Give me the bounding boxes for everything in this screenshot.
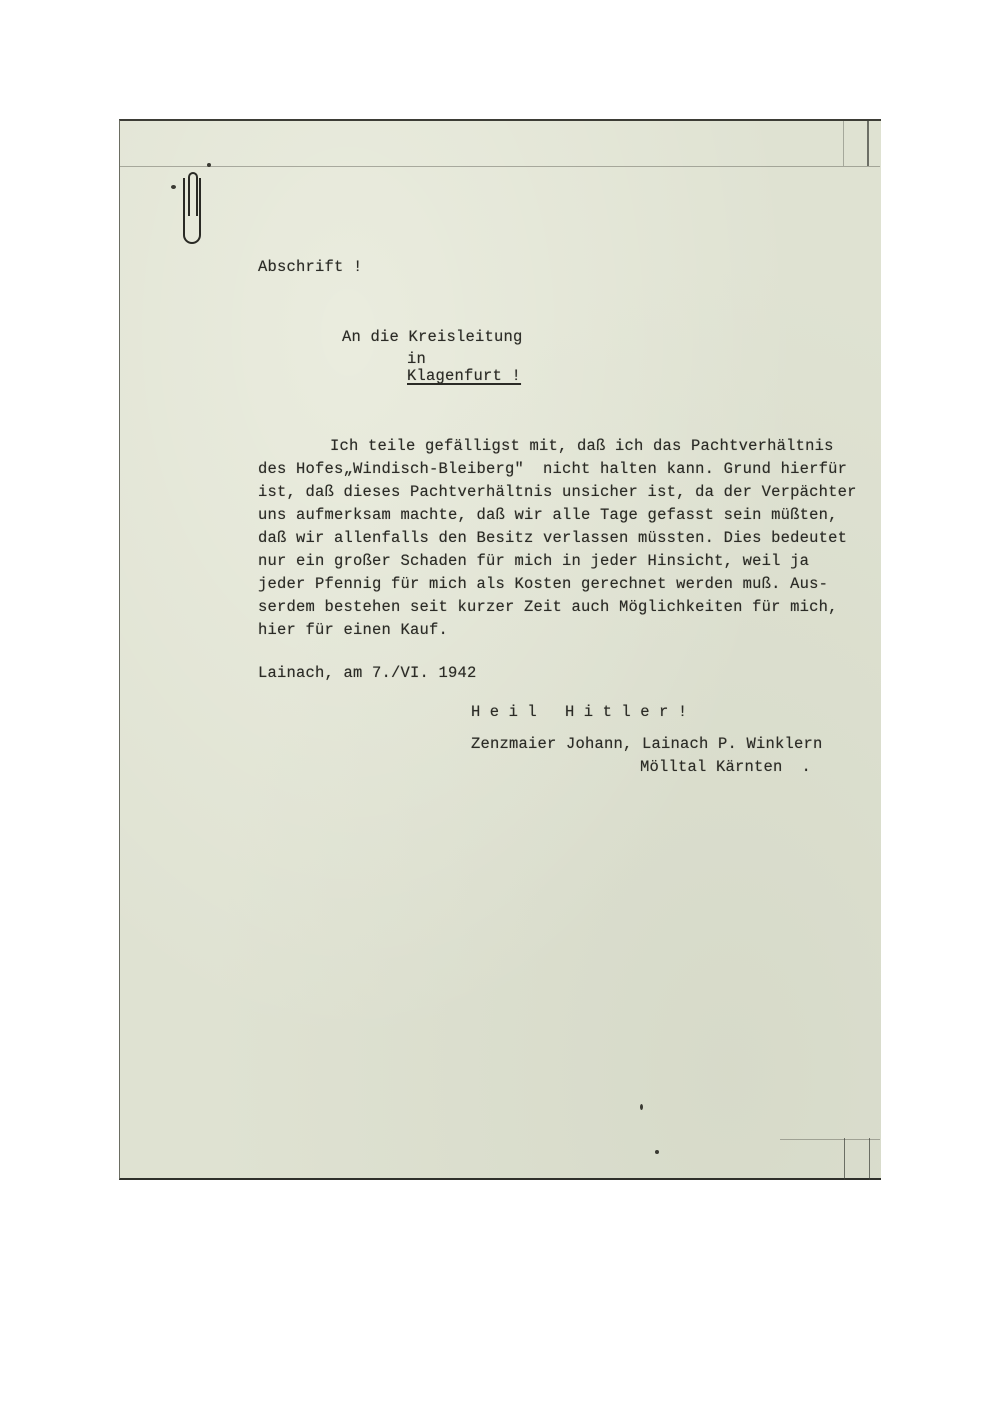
signature-line-1: Zenzmaier Johann, Lainach P. Winklern — [471, 735, 823, 753]
ink-speck — [655, 1150, 659, 1154]
ink-speck — [207, 163, 211, 167]
body-line: ist, daß dieses Pachtverhältnis unsicher… — [258, 483, 857, 501]
edge-mark-bottom-2 — [869, 1138, 870, 1180]
body-line: nur ein großer Schaden für mich in jeder… — [258, 552, 809, 570]
body-line: daß wir allenfalls den Besitz verlassen … — [258, 529, 847, 547]
salutation: Heil Hitler! — [471, 703, 697, 721]
edge-mark-bottom-1 — [844, 1138, 845, 1180]
ink-speck — [640, 1104, 643, 1110]
recipient-line-1: An die Kreisleitung — [342, 328, 523, 346]
body-line: Ich teile gefälligst mit, daß ich das Pa… — [330, 437, 834, 455]
recipient-line-3: Klagenfurt ! — [407, 367, 521, 385]
body-line: des Hofes„Windisch-Bleiberg" nicht halte… — [258, 460, 847, 478]
recipient-line-2: in — [407, 350, 426, 368]
body-line: hier für einen Kauf. — [258, 621, 448, 639]
place-date: Lainach, am 7./VI. 1942 — [258, 664, 477, 682]
fold-line-bottom — [780, 1139, 880, 1140]
signature-line-2: Mölltal Kärnten . — [640, 758, 811, 776]
ink-speck — [171, 185, 176, 189]
body-line: jeder Pfennig für mich als Kosten gerech… — [258, 575, 828, 593]
body-line: serdem bestehen seit kurzer Zeit auch Mö… — [258, 598, 838, 616]
scanned-page — [119, 119, 881, 1180]
edge-mark-top-2 — [867, 120, 869, 166]
edge-mark-top-1 — [843, 120, 844, 166]
body-line: uns aufmerksam machte, daß wir alle Tage… — [258, 506, 838, 524]
fold-line-top — [120, 166, 880, 167]
document-heading: Abschrift ! — [258, 258, 363, 276]
